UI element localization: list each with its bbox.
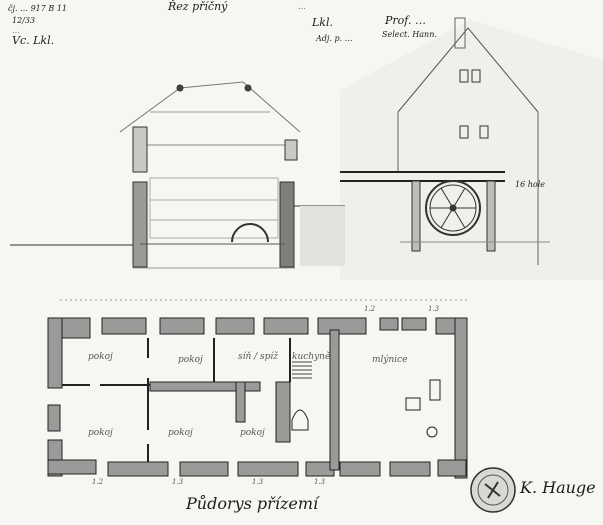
plan-title: Půdorys přízemí — [186, 494, 318, 513]
room-label: síň / spíž — [238, 352, 278, 362]
room-label: pokoj — [168, 428, 193, 438]
drawing-sheet: čj. … 917 B 11 12/33 … Vc. Lkl. Řez příč… — [0, 0, 603, 525]
room-label: kuchyně — [292, 352, 330, 362]
signature-right-sub: Select. Hann. — [382, 30, 437, 39]
floor-plan — [48, 300, 470, 478]
dimension-label: 1.2 — [364, 305, 375, 313]
architectural-drawing — [0, 0, 603, 525]
initials-left: Vc. Lkl. — [12, 34, 54, 47]
wheel-label: 16 hole — [515, 180, 545, 189]
dimension-label: 1.3 — [428, 305, 439, 313]
signature-middle: Lkl. — [312, 16, 333, 29]
drawing-title-section: Řez příčný — [168, 0, 227, 13]
room-label: mlýnice — [372, 355, 408, 365]
official-stamp — [471, 468, 515, 512]
signature-middle-sub: Adj. p. … — [316, 34, 353, 43]
room-label: pokoj — [88, 428, 113, 438]
room-label: pokoj — [178, 355, 203, 365]
dimension-label: 1.3 — [172, 478, 183, 486]
paper-fold — [340, 20, 603, 280]
dimension-label: 1.3 — [252, 478, 263, 486]
document-number: 12/33 — [12, 16, 35, 25]
top-dashes: … — [298, 2, 306, 11]
room-label: pokoj — [240, 428, 265, 438]
dimension-label: 1.3 — [314, 478, 325, 486]
room-label: pokoj — [88, 352, 113, 362]
dimension-label: 1.2 — [92, 478, 103, 486]
stamp-signature: K. Hauge — [520, 478, 596, 497]
file-reference: čj. … 917 B 11 — [8, 4, 67, 13]
signature-right: Prof. … — [385, 14, 426, 27]
cross-section — [10, 82, 345, 268]
